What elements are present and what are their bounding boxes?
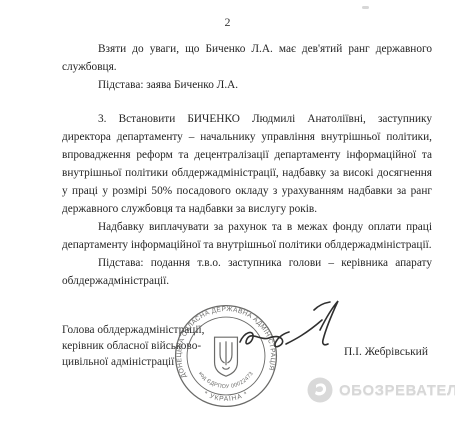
- watermark-label: ОБОЗРЕВАТЕЛЬ: [339, 382, 455, 399]
- page-number: 2: [0, 15, 455, 30]
- obozrevatel-watermark: ОБОЗРЕВАТЕЛЬ: [307, 376, 455, 404]
- stamp-bottom-text: * УКРАЇНА *: [202, 390, 249, 403]
- handwritten-signature: [234, 296, 348, 370]
- obozrevatel-logo-icon: [307, 377, 333, 403]
- scan-artifact-dot: [362, 6, 369, 9]
- scanned-document-page: 2 Взяти до уваги, що Биченко Л.А. має де…: [0, 0, 455, 431]
- paragraph-basis-application: Підстава: заява Биченко Л.А.: [62, 76, 432, 94]
- signer-name: П.І. Жебрівський: [344, 346, 428, 358]
- paragraph-item-3-establish-allowance: 3. Встановити БИЧЕНКО Людмилі Анатоліївн…: [62, 110, 432, 218]
- paragraph-basis-submission: Підстава: подання т.в.о. заступника голо…: [62, 254, 432, 290]
- stamp-edrpou-text: код ЄДРПОУ 00022473: [197, 371, 255, 390]
- paragraph-allowance-payment-source: Надбавку виплачувати за рахунок та в меж…: [62, 218, 432, 254]
- paragraph-take-note: Взяти до уваги, що Биченко Л.А. має дев'…: [62, 40, 432, 76]
- document-body: Взяти до уваги, що Биченко Л.А. має дев'…: [62, 40, 432, 290]
